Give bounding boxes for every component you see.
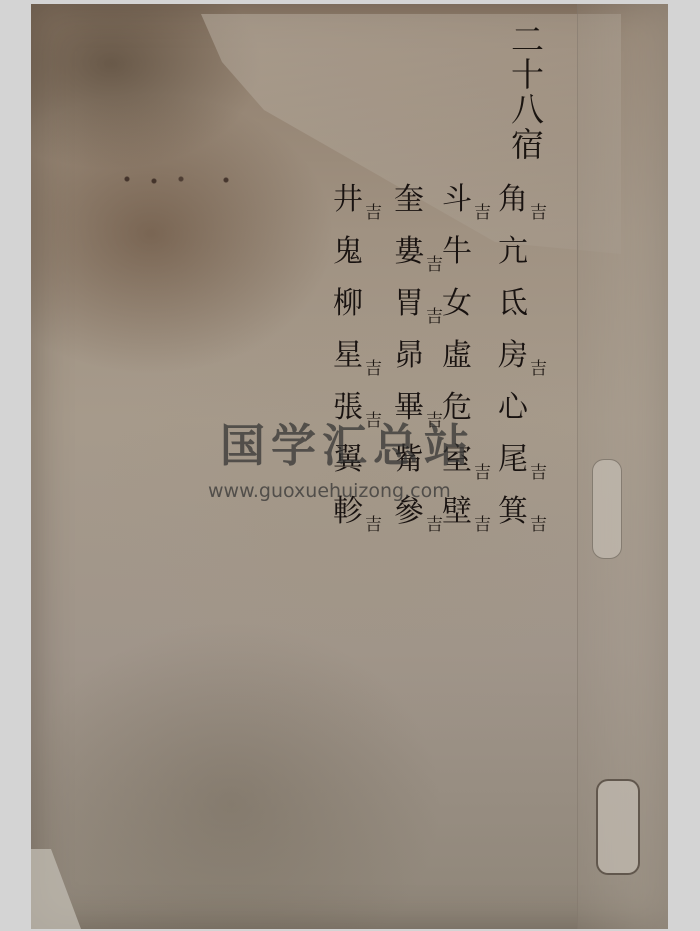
mansion-name: 角: [498, 182, 528, 218]
auspicious-note: 吉: [530, 458, 547, 483]
mansion-entry: 箕吉: [498, 494, 558, 546]
watermark-url: www.guoxuehuizong.com: [208, 480, 475, 502]
mansion-name: 亢: [498, 234, 528, 270]
auspicious-note: 吉: [365, 354, 382, 379]
auspicious-note: 吉: [474, 458, 491, 483]
auspicious-note: 吉: [426, 250, 443, 275]
paper-tear-patch: [596, 779, 640, 875]
mansion-entry: 柳: [333, 286, 393, 338]
mansion-entry: 昴: [394, 338, 454, 390]
watermark: 国学汇总站 www.guoxuehuizong.com: [220, 420, 475, 502]
auspicious-note: 吉: [530, 354, 547, 379]
mansion-name: 胃: [394, 286, 424, 322]
mansion-name: 心: [498, 390, 528, 426]
watermark-title: 国学汇总站: [220, 420, 475, 472]
mansion-name: 井: [333, 182, 363, 218]
mansion-entry: 胃吉: [394, 286, 454, 338]
page-title: 二十八宿: [505, 22, 545, 162]
mansion-entry: 婁吉: [394, 234, 454, 286]
mansion-name: 星: [333, 338, 363, 374]
auspicious-note: 吉: [426, 510, 443, 535]
auspicious-note: 吉: [530, 198, 547, 223]
mansion-name: 柳: [333, 286, 363, 322]
mansion-entry: 星吉: [333, 338, 393, 390]
auspicious-note: 吉: [474, 510, 491, 535]
mansion-entry: 角吉: [498, 182, 558, 234]
mansion-entry: 房吉: [498, 338, 558, 390]
mansion-entry: 井吉: [333, 182, 393, 234]
auspicious-note: 吉: [474, 198, 491, 223]
folded-corner: [31, 849, 81, 929]
mansion-entry: 心: [498, 390, 558, 442]
mansion-name: 奎: [394, 182, 424, 218]
mansion-entry: 奎: [394, 182, 454, 234]
paper-tear-patch: [592, 459, 622, 559]
mansion-column-1: 角吉 亢 氐 房吉 心 尾吉 箕吉: [498, 182, 558, 546]
auspicious-note: 吉: [426, 302, 443, 327]
mansion-name: 尾: [498, 442, 528, 478]
mansion-entry: 鬼: [333, 234, 393, 286]
mansion-name: 婁: [394, 234, 424, 270]
ink-stains: [91, 169, 271, 189]
mansion-name: 房: [498, 338, 528, 374]
mansion-name: 昴: [394, 338, 424, 374]
auspicious-note: 吉: [365, 510, 382, 535]
mansion-name: 氐: [498, 286, 528, 322]
auspicious-note: 吉: [530, 510, 547, 535]
mansion-name: 鬼: [333, 234, 363, 270]
mansion-entry: 氐: [498, 286, 558, 338]
mansion-entry: 亢: [498, 234, 558, 286]
mansion-name: 箕: [498, 494, 528, 530]
auspicious-note: 吉: [365, 198, 382, 223]
mansion-entry: 尾吉: [498, 442, 558, 494]
